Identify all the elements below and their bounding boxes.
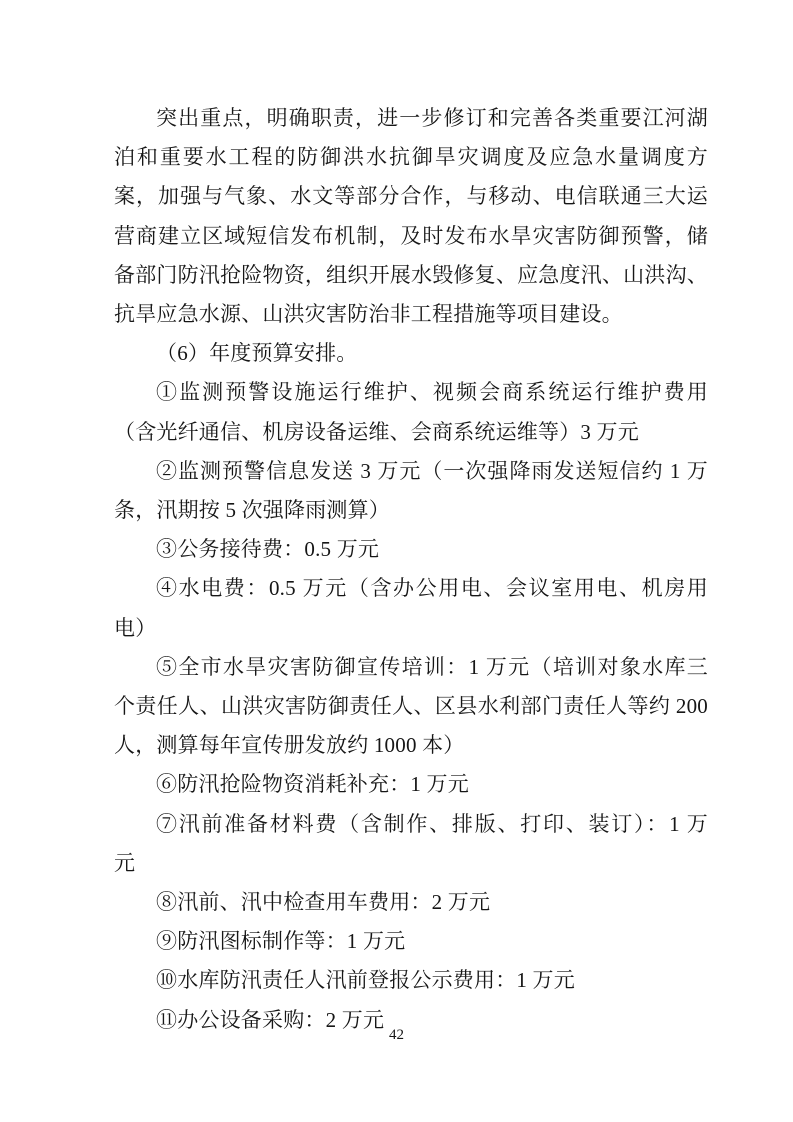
text-line: 案，加强与气象、水文等部分合作，与移动、电信联通三大运	[114, 177, 708, 216]
budget-item-line: ③公务接待费：0.5 万元	[114, 530, 708, 569]
text-line: 备部门防汛抢险物资，组织开展水毁修复、应急度汛、山洪沟、	[114, 256, 708, 295]
budget-item-line: ⑩水库防汛责任人汛前登报公示费用：1 万元	[114, 961, 708, 1000]
budget-item-line: ⑤全市水旱灾害防御宣传培训：1 万元（培训对象水库三	[114, 648, 708, 687]
budget-item-line: ①监测预警设施运行维护、视频会商系统运行维护费用	[114, 373, 708, 412]
budget-item-line: ④水电费：0.5 万元（含办公用电、会议室用电、机房用	[114, 569, 708, 608]
budget-item-line: 个责任人、山洪灾害防御责任人、区县水利部门责任人等约 200	[114, 687, 708, 726]
budget-item-line: ⑦汛前准备材料费（含制作、排版、打印、装订）：1 万	[114, 805, 708, 844]
text-line: 泊和重要水工程的防御洪水抗御旱灾调度及应急水量调度方	[114, 138, 708, 177]
text-line: 突出重点，明确职责，进一步修订和完善各类重要江河湖	[114, 99, 708, 138]
budget-item-line: ②监测预警信息发送 3 万元（一次强降雨发送短信约 1 万	[114, 452, 708, 491]
section-heading: （6）年度预算安排。	[114, 334, 708, 373]
budget-item-line: （含光纤通信、机房设备运维、会商系统运维等）3 万元	[114, 413, 708, 452]
budget-item-line: 电）	[114, 609, 708, 648]
budget-item-line: 元	[114, 844, 708, 883]
text-line: 营商建立区域短信发布机制，及时发布水旱灾害防御预警，储	[114, 217, 708, 256]
document-body: 突出重点，明确职责，进一步修订和完善各类重要江河湖 泊和重要水工程的防御洪水抗御…	[114, 99, 708, 1040]
document-page: 突出重点，明确职责，进一步修订和完善各类重要江河湖 泊和重要水工程的防御洪水抗御…	[0, 0, 793, 1122]
text-line: 抗旱应急水源、山洪灾害防治非工程措施等项目建设。	[114, 295, 708, 334]
budget-item-line: ⑧汛前、汛中检查用车费用：2 万元	[114, 883, 708, 922]
budget-item-line: 人，测算每年宣传册发放约 1000 本）	[114, 726, 708, 765]
budget-item-line: ⑥防汛抢险物资消耗补充：1 万元	[114, 765, 708, 804]
budget-item-line: ⑨防汛图标制作等：1 万元	[114, 922, 708, 961]
page-number: 42	[0, 1025, 793, 1045]
budget-item-line: 条，汛期按 5 次强降雨测算）	[114, 491, 708, 530]
